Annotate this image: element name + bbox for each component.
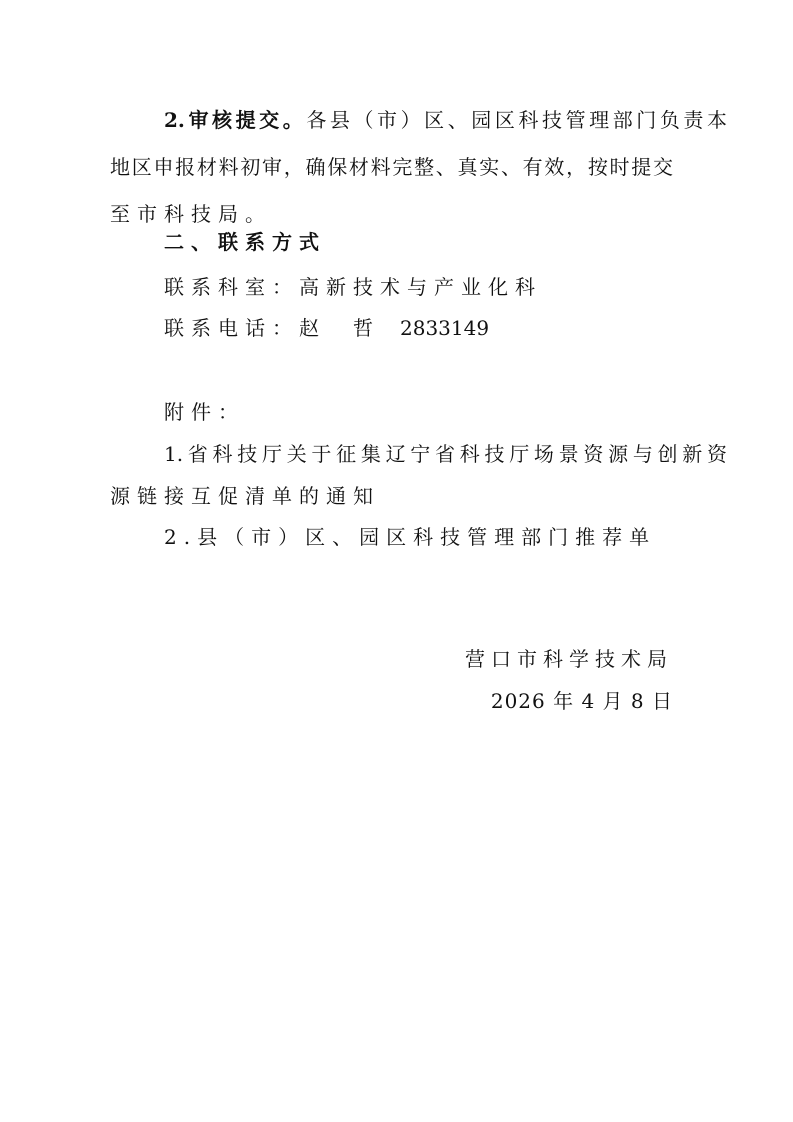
signature-date: 2026 年 4 月 8 日	[110, 687, 673, 715]
signature-organization: 营口市科学技术局	[110, 645, 673, 673]
office-label: 联系科室：	[164, 275, 299, 299]
phone-label: 联系电话：	[164, 316, 299, 340]
phone-number: 2833149	[400, 316, 489, 340]
attachment-item-1-line-2: 源链接互促清单的通知	[110, 482, 673, 510]
attachment-item-1-line-1: 1.省科技厅关于征集辽宁省科技厅场景资源与创新资	[110, 440, 727, 468]
contact-phone-line: 联系电话：赵 哲2833149	[110, 314, 727, 342]
review-paragraph-line-2: 地区申报材料初审，确保材料完整、真实、有效，按时提交	[110, 153, 673, 181]
office-value: 高新技术与产业化科	[299, 275, 542, 299]
contact-person: 赵 哲	[299, 316, 380, 340]
attachments-label: 附件：	[110, 398, 727, 426]
attachment-item-2: 2.县（市）区、园区科技管理部门推荐单	[110, 523, 727, 551]
contact-section-heading: 二、联系方式	[110, 228, 727, 256]
review-paragraph-line-3: 至市科技局。	[110, 200, 673, 228]
contact-office-line: 联系科室：高新技术与产业化科	[110, 273, 727, 301]
review-paragraph-line-1: 2.审核提交。各县（市）区、园区科技管理部门负责本	[110, 106, 727, 134]
review-heading: 2.审核提交。	[164, 108, 306, 132]
review-text-1: 各县（市）区、园区科技管理部门负责本	[306, 108, 727, 132]
